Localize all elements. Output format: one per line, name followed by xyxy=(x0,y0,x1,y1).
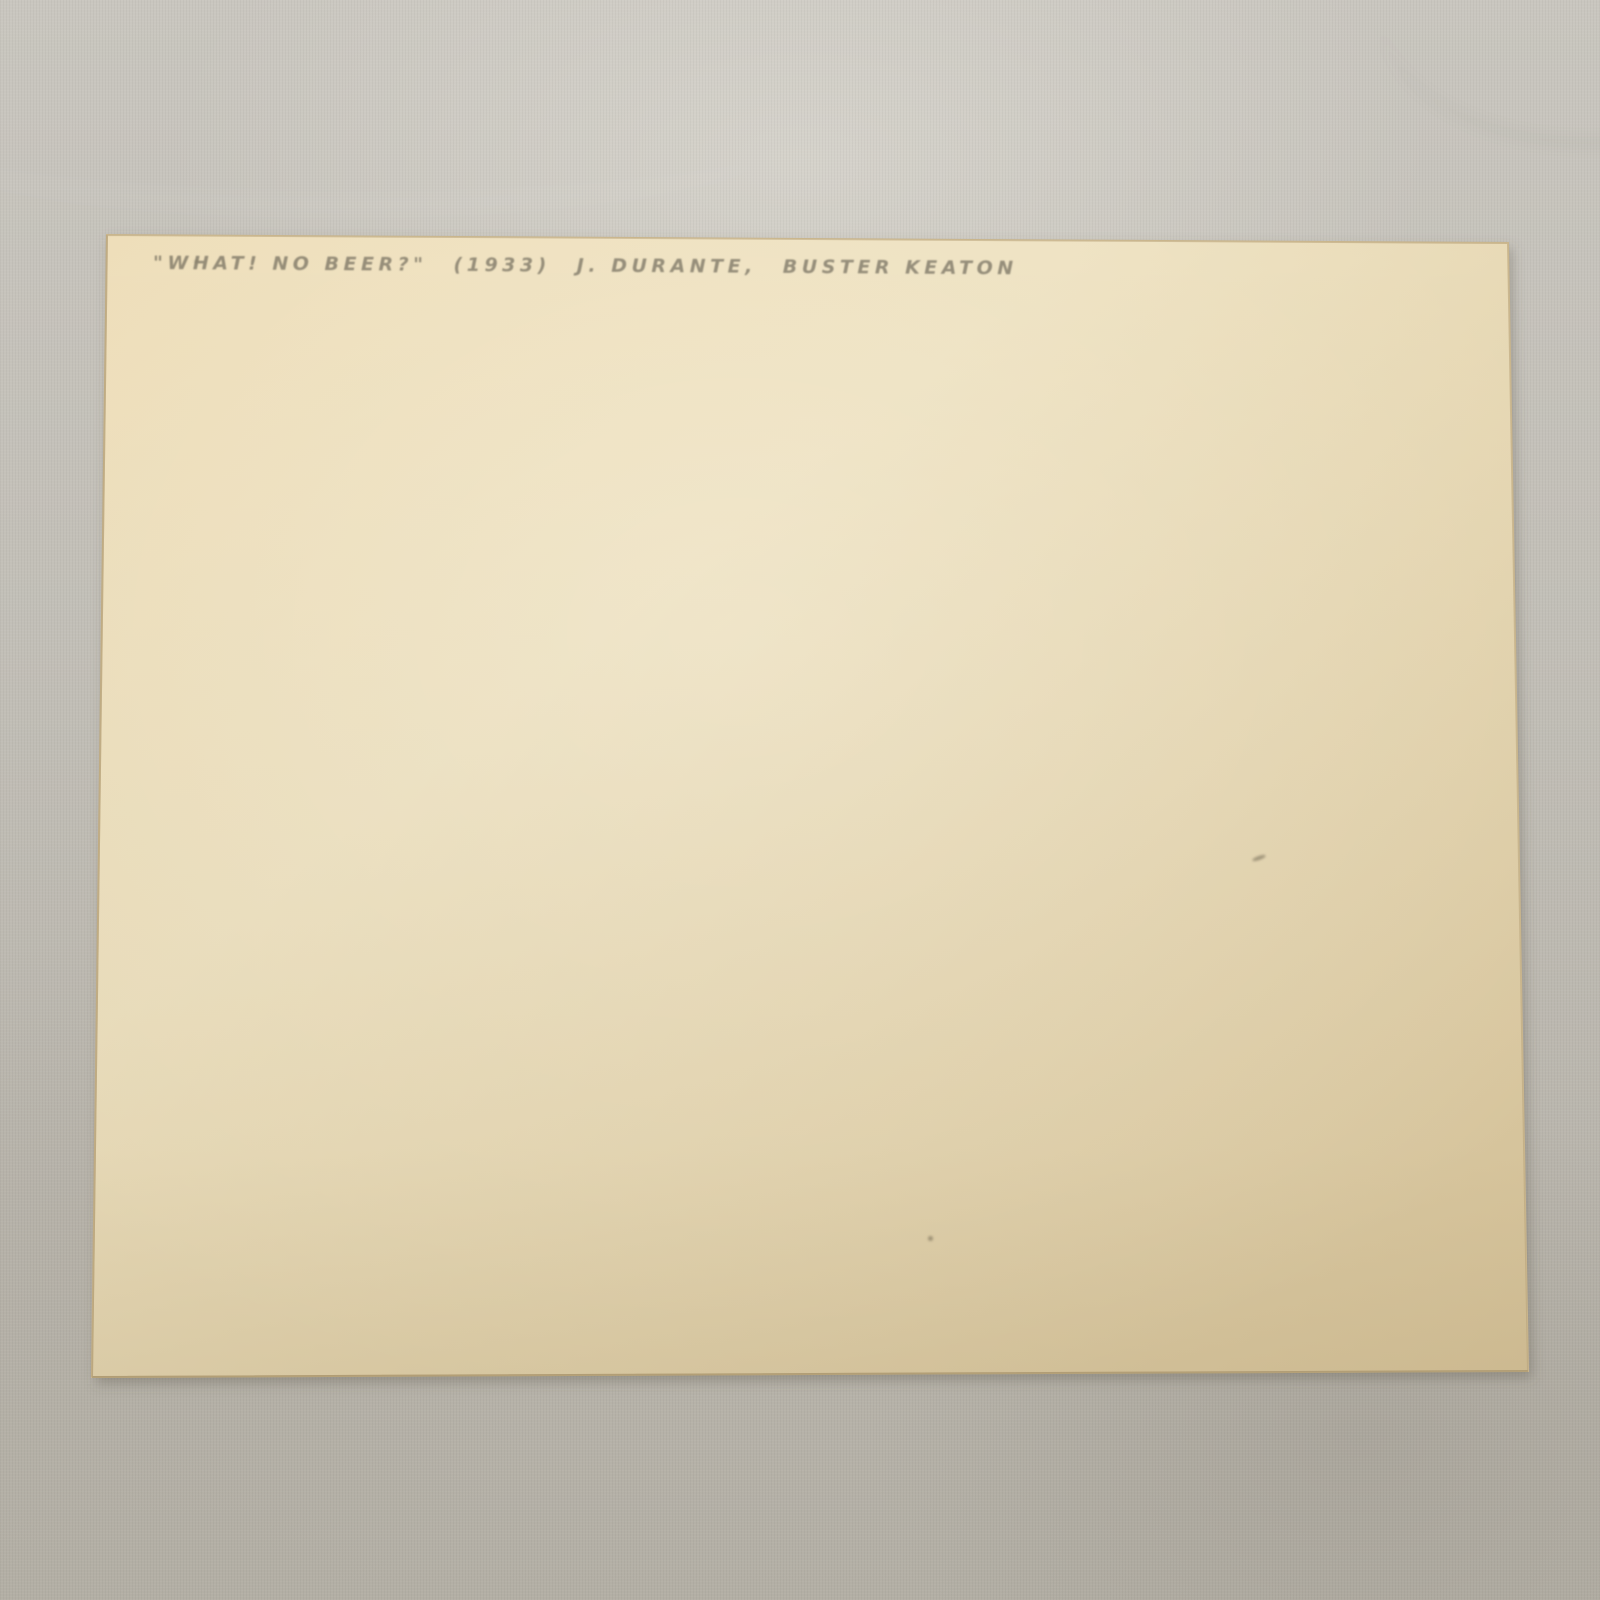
photo-card: "WHAT! NO BEER?"(1933)J. DURANTE,BUSTER … xyxy=(0,0,1600,1600)
card-shape xyxy=(0,0,1600,1600)
film-year: (1933) xyxy=(453,254,550,277)
film-title: "WHAT! NO BEER?" xyxy=(153,252,428,276)
actor-name: J. DURANTE, xyxy=(577,255,757,278)
actor-name: BUSTER KEATON xyxy=(783,256,1018,279)
card-speck xyxy=(928,1236,933,1241)
card-speck xyxy=(194,260,198,263)
